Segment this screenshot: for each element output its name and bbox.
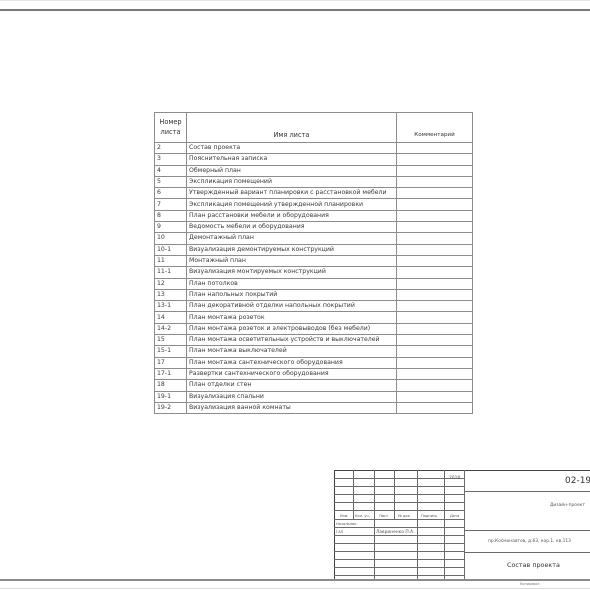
comment-cell xyxy=(397,267,473,278)
comment-cell xyxy=(397,368,473,379)
sheet-number-cell: 13-1 xyxy=(155,301,187,312)
sheet-name-cell: Экспликация помещений утвержденной плани… xyxy=(187,199,397,210)
table-row: 8План расстановки мебели и оборудования xyxy=(155,210,473,221)
sheet-number-cell: 18 xyxy=(155,380,187,391)
sheet-number-cell: 9 xyxy=(155,222,187,233)
header-comment: Комментарий xyxy=(397,113,473,143)
table-row: 17План монтажа сантехнического оборудова… xyxy=(155,357,473,368)
sheet-number-cell: 4 xyxy=(155,165,187,176)
title-block-border-top xyxy=(334,470,590,471)
sheet-number-cell: 2 xyxy=(155,143,187,154)
sheet-number-cell: 11-1 xyxy=(155,267,187,278)
sheet-name-cell: Состав проекта xyxy=(187,143,397,154)
table-row: 2Состав проекта xyxy=(155,143,473,154)
comment-cell xyxy=(397,143,473,154)
project-address: пр.Космонавтов, д.63, кор.1, кв.113 xyxy=(488,539,571,544)
table-row: 3Пояснительная записка xyxy=(155,154,473,165)
sheet-name-cell: Развертки сантехнического оборудования xyxy=(187,368,397,379)
comment-cell xyxy=(397,289,473,300)
sheet-number-cell: 10-1 xyxy=(155,244,187,255)
table-row: 15-1План монтажа выключателей xyxy=(155,346,473,357)
comment-cell xyxy=(397,255,473,266)
title-block-hline xyxy=(334,510,464,511)
comment-cell xyxy=(397,176,473,187)
table-row: 9Ведомость мебели и оборудования xyxy=(155,222,473,233)
table-row: 6Утвержденный вариант планировки с расст… xyxy=(155,188,473,199)
sheet-number-cell: 7 xyxy=(155,199,187,210)
sheet-title: Состав проекта xyxy=(507,561,560,569)
copied-label: Копировал xyxy=(520,582,539,586)
sheet-name-cell: Визуализация демонтируемых конструкций xyxy=(187,244,397,255)
sheet-name-cell: План потолков xyxy=(187,278,397,289)
table-row: 14План монтажа розеток xyxy=(155,312,473,323)
title-block-col-date: Дата xyxy=(450,514,459,518)
sheet-name-cell: План декоративной отделки напольных покр… xyxy=(187,301,397,312)
sheet-name-cell: Монтажный план xyxy=(187,255,397,266)
sheet-name-cell: Пояснительная записка xyxy=(187,154,397,165)
title-block-hline xyxy=(334,575,464,576)
comment-cell xyxy=(397,154,473,165)
sheet-name-cell: План монтажа розеток и электровыводов (б… xyxy=(187,323,397,334)
table-row: 4Обмерный план xyxy=(155,165,473,176)
table-row: 12План потолков xyxy=(155,278,473,289)
comment-cell xyxy=(397,402,473,413)
table-row: 10-1Визуализация демонтируемых конструкц… xyxy=(155,244,473,255)
sheet-number-cell: 11 xyxy=(155,255,187,266)
sheet-name-cell: План монтажа осветительных устройств и в… xyxy=(187,335,397,346)
sheet-number-cell: 14 xyxy=(155,312,187,323)
sheet-number-cell: 3 xyxy=(155,154,187,165)
sheet-number-cell: 10 xyxy=(155,233,187,244)
title-block-hline xyxy=(334,559,464,560)
title-block-hline xyxy=(334,519,464,520)
table-row: 11Монтажный план xyxy=(155,255,473,266)
sheet-number-cell: 15-1 xyxy=(155,346,187,357)
project-code: 02-19 xyxy=(565,476,590,486)
title-block-section-line xyxy=(464,530,590,531)
sheet-name-cell: План расстановки мебели и оборудования xyxy=(187,210,397,221)
title-block-section-line xyxy=(464,491,590,492)
comment-cell xyxy=(397,312,473,323)
title-block-col-doc-no: № док. xyxy=(398,514,411,518)
title-block-hline xyxy=(334,535,464,536)
title-block-col-list: Лист xyxy=(379,514,388,518)
title-block-col-izm: Изм. xyxy=(340,514,348,518)
comment-cell xyxy=(397,335,473,346)
table-row: 10Демонтажный план xyxy=(155,233,473,244)
comment-cell xyxy=(397,165,473,176)
table-row: 18План отделки стен xyxy=(155,380,473,391)
sheet-name-cell: План отделки стен xyxy=(187,380,397,391)
sheet-name-cell: План напольных покрытий xyxy=(187,289,397,300)
title-block-hline xyxy=(334,567,464,568)
page-top-edge xyxy=(0,0,590,1)
title-block: 2018 Изм. Кол. уч. Лист № док. Подпись Д… xyxy=(334,470,590,580)
sheet-number-cell: 19-1 xyxy=(155,391,187,402)
table-row: 11-1Визуализация монтируемых конструкций xyxy=(155,267,473,278)
header-sheet-name: Имя листа xyxy=(187,113,397,143)
sheet-number-cell: 19-2 xyxy=(155,402,187,413)
table-row: 14-2План монтажа розеток и электровыводо… xyxy=(155,323,473,334)
page-bottom-edge xyxy=(0,588,590,589)
title-block-hline xyxy=(334,494,464,495)
comment-cell xyxy=(397,210,473,221)
table-row: 13План напольных покрытий xyxy=(155,289,473,300)
table-row: 13-1План декоративной отделки напольных … xyxy=(155,301,473,312)
sheet-number-cell: 14-2 xyxy=(155,323,187,334)
title-block-role-head: Начальник xyxy=(336,522,357,526)
title-block-section-line xyxy=(464,552,590,553)
sheet-name-cell: Ведомость мебели и оборудования xyxy=(187,222,397,233)
comment-cell xyxy=(397,391,473,402)
sheet-index-table: Номерлиста Имя листа Комментарий 2Состав… xyxy=(154,112,473,414)
title-block-hline xyxy=(334,543,464,544)
sheet-number-cell: 6 xyxy=(155,188,187,199)
sheet-name-cell: Визуализация спальни xyxy=(187,391,397,402)
sheet-number-cell: 13 xyxy=(155,289,187,300)
comment-cell xyxy=(397,357,473,368)
comment-cell xyxy=(397,244,473,255)
table-row: 17-1Развертки сантехнического оборудован… xyxy=(155,368,473,379)
sheet-name-cell: Визуализация ванной комнаты xyxy=(187,402,397,413)
title-block-hline xyxy=(334,478,464,479)
title-block-hline xyxy=(334,486,464,487)
drawing-frame-bottom xyxy=(0,579,590,581)
sheet-name-cell: Обмерный план xyxy=(187,165,397,176)
table-row: 7Экспликация помещений утвержденной план… xyxy=(155,199,473,210)
sheet-name-cell: План монтажа сантехнического оборудовани… xyxy=(187,357,397,368)
drawing-frame-top xyxy=(0,9,590,11)
sheet-name-cell: План монтажа розеток xyxy=(187,312,397,323)
title-block-hline xyxy=(334,551,464,552)
title-block-hline xyxy=(334,502,464,503)
table-row: 19-1Визуализация спальни xyxy=(155,391,473,402)
comment-cell xyxy=(397,346,473,357)
title-block-col-signature: Подпись xyxy=(421,514,437,518)
comment-cell xyxy=(397,278,473,289)
comment-cell xyxy=(397,199,473,210)
header-number-line2: листа xyxy=(160,128,180,136)
sheet-number-cell: 5 xyxy=(155,176,187,187)
sheet-number-cell: 17 xyxy=(155,357,187,368)
sheet-name-cell: Демонтажный план xyxy=(187,233,397,244)
table-row: 5Экспликация помещений xyxy=(155,176,473,187)
sheet-name-cell: Утвержденный вариант планировки с расста… xyxy=(187,188,397,199)
sheet-name-cell: Экспликация помещений xyxy=(187,176,397,187)
table-row: 19-2Визуализация ванной комнаты xyxy=(155,402,473,413)
sheet-number-cell: 15 xyxy=(155,335,187,346)
comment-cell xyxy=(397,380,473,391)
header-sheet-number: Номерлиста xyxy=(155,113,187,143)
sheet-name-cell: Визуализация монтируемых конструкций xyxy=(187,267,397,278)
sheet-number-cell: 17-1 xyxy=(155,368,187,379)
comment-cell xyxy=(397,301,473,312)
title-block-vline xyxy=(464,470,465,580)
title-block-role-gap: ГАП xyxy=(336,530,343,534)
sheet-index-header: Номерлиста Имя листа Комментарий xyxy=(155,113,473,143)
table-row: 15План монтажа осветительных устройств и… xyxy=(155,335,473,346)
comment-cell xyxy=(397,233,473,244)
project-type: Дизайн-проект xyxy=(550,503,585,508)
comment-cell xyxy=(397,188,473,199)
header-number-line1: Номер xyxy=(159,118,181,126)
comment-cell xyxy=(397,222,473,233)
sheet-number-cell: 8 xyxy=(155,210,187,221)
sheet-name-cell: План монтажа выключателей xyxy=(187,346,397,357)
sheet-number-cell: 12 xyxy=(155,278,187,289)
title-block-hline xyxy=(334,527,464,528)
comment-cell xyxy=(397,323,473,334)
title-block-col-kol-uch: Кол. уч. xyxy=(355,514,370,518)
